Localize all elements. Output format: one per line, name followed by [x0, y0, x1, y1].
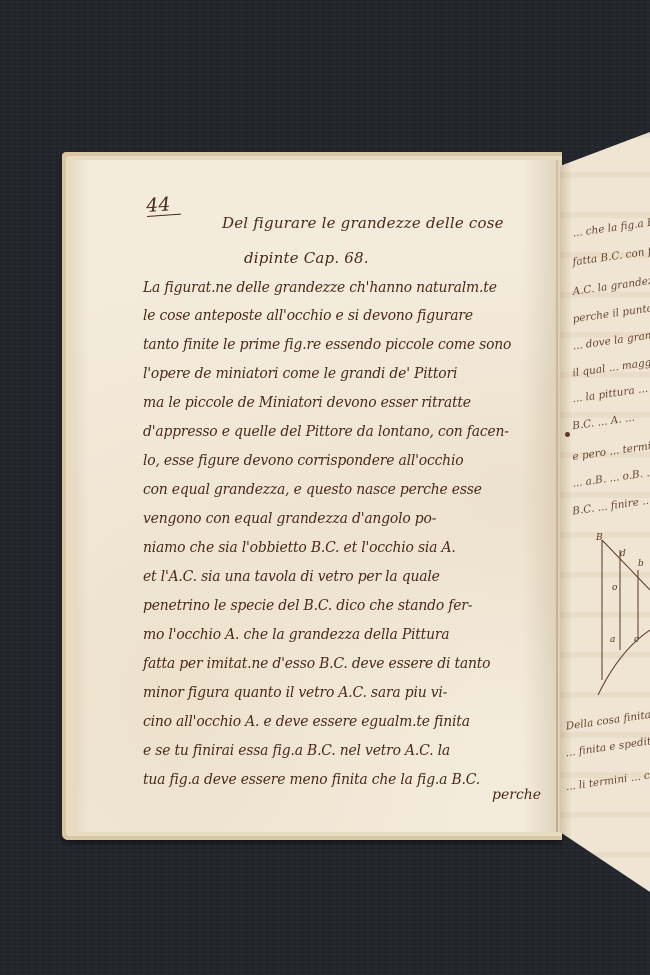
text-line: mo l'occhio A. che la grandezza della Pi… — [143, 627, 449, 643]
text-fragment: ... la pittura ... — [572, 383, 649, 405]
text-fragment: Della cosa finita e della confusa ... — [565, 700, 650, 733]
text-fragment: e pero ... termini ... — [572, 437, 650, 463]
svg-text:a: a — [610, 635, 615, 645]
text-line: lo, esse figure devono corrispondere all… — [143, 453, 463, 469]
text-line: le cose anteposte all'occhio e si devono… — [143, 308, 473, 324]
text-line: niamo che sia l'obbietto B.C. et l'occhi… — [143, 540, 456, 556]
catchword: perche — [492, 787, 541, 803]
chapter-heading-line-1: Del figurare le grandezze delle cose — [222, 214, 504, 232]
svg-text:b: b — [638, 559, 644, 569]
geometric-diagram: B d o b a c — [590, 530, 650, 700]
text-line: minor figura quanto il vetro A.C. sara p… — [143, 685, 447, 701]
text-fragment: ... che la fig.a B.C. ... — [572, 212, 650, 239]
svg-text:B: B — [595, 533, 603, 543]
text-fragment: il qual ... maggior ... — [572, 353, 650, 380]
chapter-heading-line-2: dipinte Cap. 68. — [244, 249, 369, 267]
text-fragment: A.C. la grandezza d'essa ... — [572, 266, 650, 298]
text-line: fatta per imitat.ne d'esso B.C. deve ess… — [143, 656, 490, 672]
text-line: tanto finite le prime fig.re essendo pic… — [143, 337, 511, 353]
text-fragment: perche il punto a. nella ... — [572, 295, 650, 326]
text-fragment: B.C. ... A. ... — [572, 412, 636, 433]
svg-text:c: c — [634, 635, 639, 645]
text-fragment: B.C. ... finire ... — [572, 494, 650, 517]
ink-stain — [565, 432, 570, 437]
text-line: ma le piccole de Miniatori devono esser … — [143, 395, 471, 411]
gutter — [556, 160, 558, 832]
text-line: d'appresso e quelle del Pittore da lonta… — [143, 424, 509, 440]
text-fragment: fatta B.C. con figura ... — [572, 240, 650, 269]
manuscript-photo: 44 Del figurare le grandezze delle cose … — [0, 0, 650, 975]
text-line: vengono con equal grandezza d'angolo po- — [143, 511, 436, 527]
text-fragment: ... finita e spedita ... — [565, 733, 650, 760]
text-line: e se tu finirai essa fig.a B.C. nel vetr… — [143, 743, 450, 759]
text-line: l'opere de miniatori come le grandi de' … — [143, 366, 457, 382]
text-line: penetrino le specie del B.C. dico che st… — [143, 598, 472, 614]
svg-text:d: d — [620, 549, 626, 559]
text-line: cino all'occhio A. e deve essere egualm.… — [143, 714, 470, 730]
page-number: 44 — [146, 194, 182, 217]
right-page-text-bottom: Della cosa finita e della confusa ... ..… — [565, 700, 650, 810]
text-fragment: ... dove la grandezza ... — [572, 323, 650, 352]
text-line: La figurat.ne delle grandezze ch'hanno n… — [143, 280, 497, 296]
text-fragment: ... li termini ... confuse ... — [565, 763, 650, 793]
text-line: et l'A.C. sia una tavola di vetro per la… — [143, 569, 440, 585]
text-fragment: ... a.B. ... o.B. ... — [572, 466, 650, 490]
text-line: tua fig.a deve essere meno finita che la… — [143, 772, 480, 788]
text-line: con equal grandezza, e questo nasce perc… — [143, 482, 482, 498]
svg-text:o: o — [612, 583, 618, 593]
right-page-text: ... che la fig.a B.C. ... fatta B.C. con… — [572, 200, 650, 530]
